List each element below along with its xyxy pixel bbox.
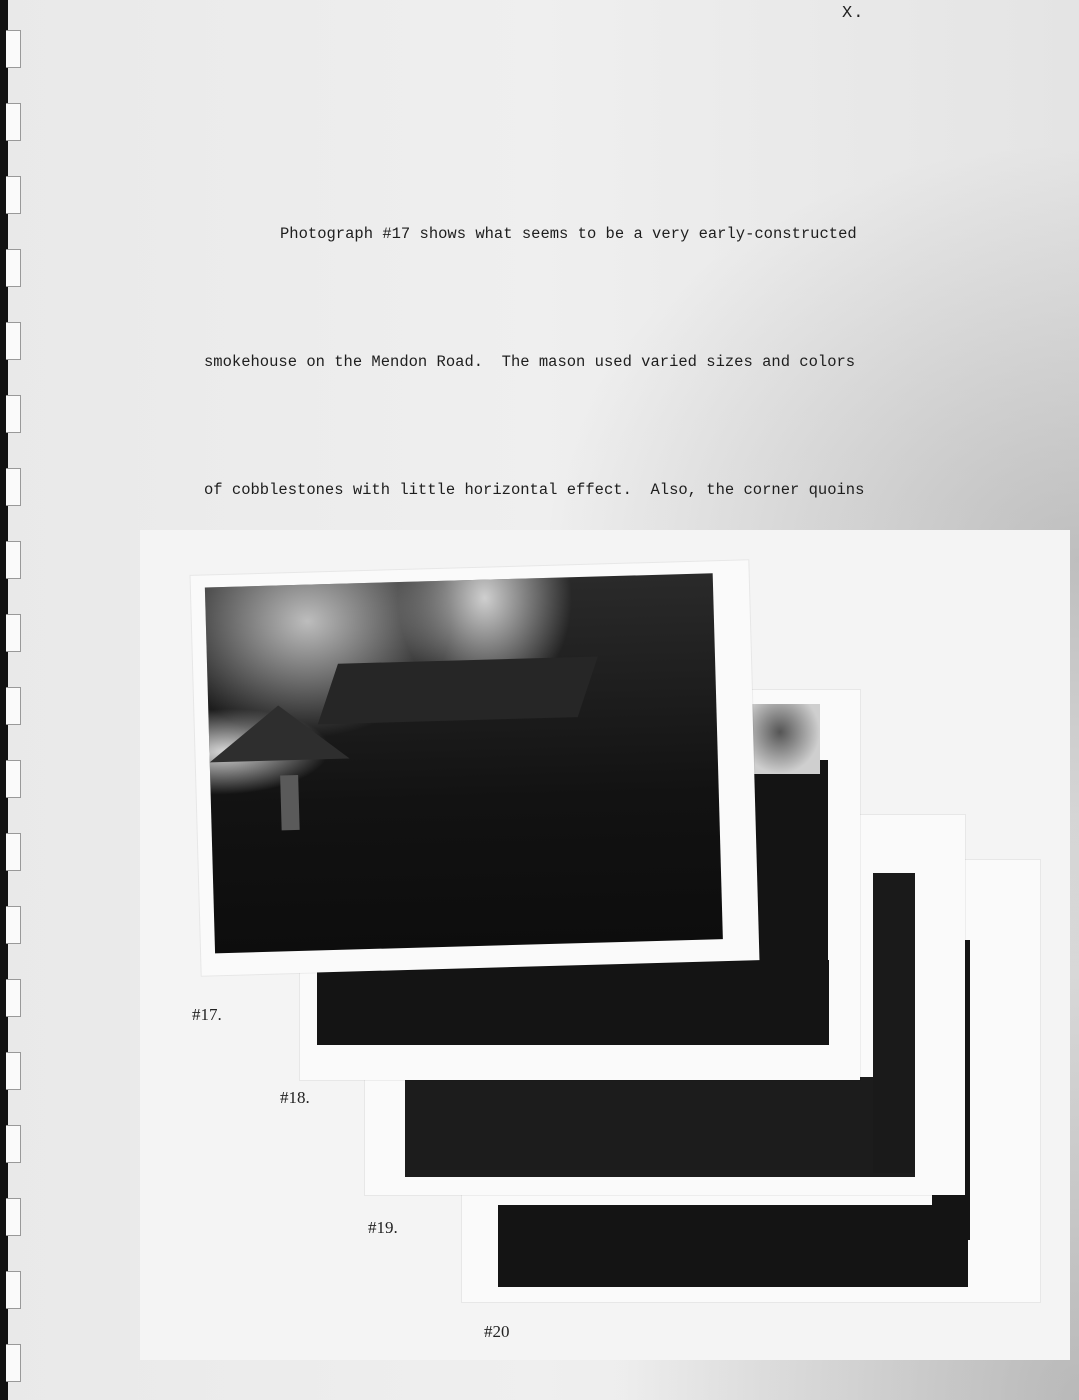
binding-hole (6, 833, 21, 871)
binding-hole (6, 1198, 21, 1236)
binding-hole (6, 760, 21, 798)
photo-19-image-edge (873, 873, 915, 1173)
photo-19-label: #19. (368, 1218, 398, 1238)
smokehouse-roof-main (318, 657, 598, 725)
binding-hole (6, 30, 21, 68)
document-page: X. Photograph #17 shows what seems to be… (0, 0, 1079, 1400)
page-number: X. (842, 4, 864, 23)
binding-hole (6, 249, 21, 287)
binding-hole (6, 103, 21, 141)
binding-hole (6, 395, 21, 433)
binding-hole (6, 176, 21, 214)
photo-19-image (405, 1077, 915, 1177)
binding-hole (6, 1125, 21, 1163)
photo-17-card (191, 560, 760, 975)
text-line: Photograph #17 shows what seems to be a … (204, 213, 984, 256)
photo-18-image-edge (748, 760, 828, 1040)
binding-hole (6, 614, 21, 652)
photo-18-label: #18. (280, 1088, 310, 1108)
photo-17-image (205, 573, 723, 953)
binding-hole (6, 1052, 21, 1090)
photo-20-label: #20 (484, 1322, 510, 1342)
binding-hole (6, 1271, 21, 1309)
text-line: of cobblestones with little horizontal e… (204, 469, 984, 512)
binding-hole (6, 979, 21, 1017)
binding-hole (6, 906, 21, 944)
binding-hole (6, 1344, 21, 1382)
binding-hole (6, 468, 21, 506)
smokehouse-window (280, 775, 300, 830)
photo-20-image (498, 1205, 968, 1287)
photo-17-label: #17. (192, 1005, 222, 1025)
binding-hole (6, 687, 21, 725)
binding-hole (6, 322, 21, 360)
text-line: smokehouse on the Mendon Road. The mason… (204, 341, 984, 384)
binding-hole (6, 541, 21, 579)
